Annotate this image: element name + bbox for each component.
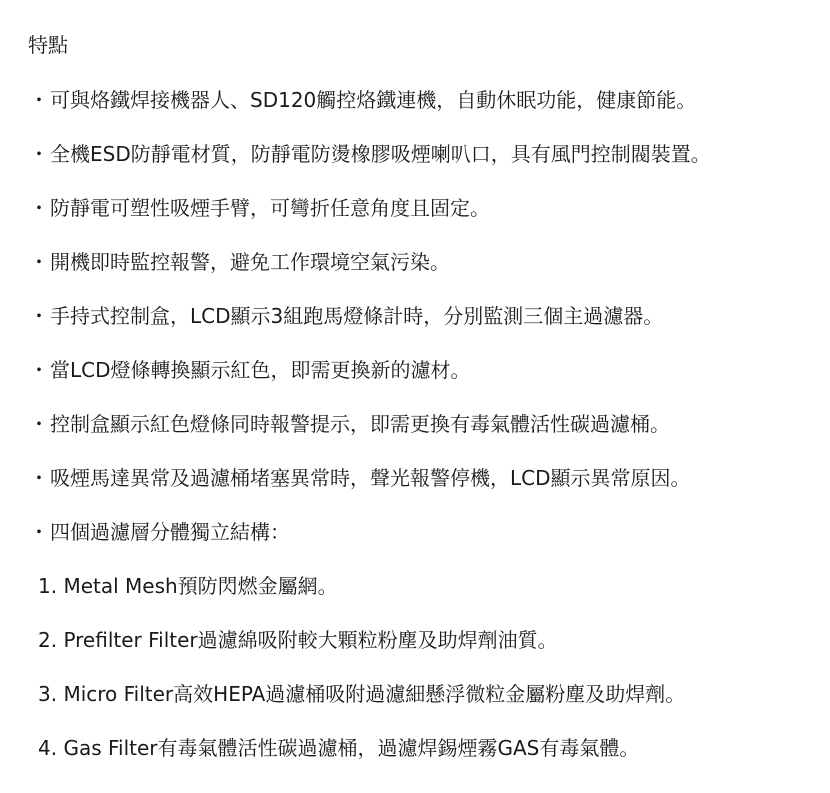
bullet-icon: ・ [28,302,50,330]
feature-text: 吸煙馬達異常及過濾桶堵塞異常時，聲光報警停機，LCD顯示異常原因。 [50,466,691,490]
feature-item: ・四個過濾層分體獨立結構： [28,518,290,546]
filter-layer-item: 1. Metal Mesh預防閃燃金屬網。 [38,572,338,600]
bullet-icon: ・ [28,194,50,222]
feature-item: ・手持式控制盒，LCD顯示3組跑馬燈條計時，分別監測三個主過濾器。 [28,302,663,330]
section-heading: 特點 [28,31,68,59]
feature-text: 手持式控制盒，LCD顯示3組跑馬燈條計時，分別監測三個主過濾器。 [50,304,663,328]
feature-text: 開機即時監控報警，避免工作環境空氣污染。 [50,250,450,274]
filter-layer-item: 2. Prefilter Filter過濾綿吸附較大顆粒粉塵及助焊劑油質。 [38,626,558,654]
bullet-icon: ・ [28,248,50,276]
filter-layer-item: 4. Gas Filter有毒氣體活性碳過濾桶，過濾焊錫煙霧GAS有毒氣體。 [38,734,639,762]
feature-item: ・防靜電可塑性吸煙手臂，可彎折任意角度且固定。 [28,194,490,222]
bullet-icon: ・ [28,356,50,384]
bullet-icon: ・ [28,464,50,492]
bullet-icon: ・ [28,86,50,114]
feature-text: 當LCD燈條轉換顯示紅色，即需更換新的濾材。 [50,358,471,382]
feature-item: ・開機即時監控報警，避免工作環境空氣污染。 [28,248,450,276]
bullet-icon: ・ [28,140,50,168]
bullet-icon: ・ [28,518,50,546]
feature-item: ・吸煙馬達異常及過濾桶堵塞異常時，聲光報警停機，LCD顯示異常原因。 [28,464,691,492]
feature-text: 全機ESD防靜電材質，防靜電防燙橡膠吸煙喇叭口，具有風門控制閥裝置。 [50,142,711,166]
feature-item: ・可與烙鐵焊接機器人、SD120觸控烙鐵連機，自動休眠功能，健康節能。 [28,86,696,114]
feature-item: ・當LCD燈條轉換顯示紅色，即需更換新的濾材。 [28,356,471,384]
feature-item: ・控制盒顯示紅色燈條同時報警提示，即需更換有毒氣體活性碳過濾桶。 [28,410,670,438]
feature-text: 四個過濾層分體獨立結構： [50,520,290,544]
feature-item: ・全機ESD防靜電材質，防靜電防燙橡膠吸煙喇叭口，具有風門控制閥裝置。 [28,140,711,168]
bullet-icon: ・ [28,410,50,438]
feature-text: 可與烙鐵焊接機器人、SD120觸控烙鐵連機，自動休眠功能，健康節能。 [50,88,696,112]
filter-layer-item: 3. Micro Filter高效HEPA過濾桶吸附過濾細懸浮微粒金屬粉塵及助焊… [38,680,685,708]
feature-text: 控制盒顯示紅色燈條同時報警提示，即需更換有毒氣體活性碳過濾桶。 [50,412,670,436]
feature-text: 防靜電可塑性吸煙手臂，可彎折任意角度且固定。 [50,196,490,220]
